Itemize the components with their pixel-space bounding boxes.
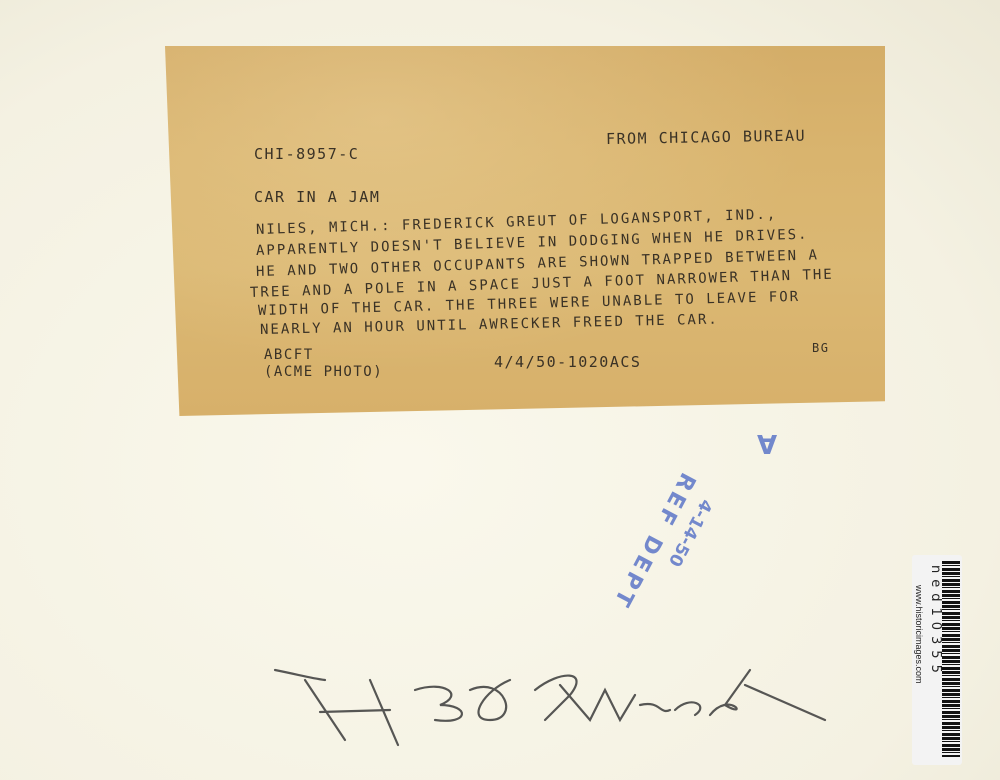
barcode-label: ned10355 www.historicimages.com [912, 555, 962, 765]
headline: CAR IN A JAM [254, 188, 380, 206]
photo-id: CHI-8957-C [254, 145, 359, 163]
initials: BG [812, 341, 829, 355]
handwritten-signature [270, 650, 830, 750]
bureau-line: FROM CHICAGO BUREAU [606, 127, 806, 148]
routing-code: ABCFT [264, 347, 314, 363]
agency-credit: (ACME PHOTO) [264, 364, 383, 380]
dateline: 4/4/50-1020ACS [494, 353, 641, 371]
barcode-url: www.historicimages.com [914, 585, 924, 684]
barcode-number: ned10355 [928, 565, 943, 679]
barcode-bars [942, 561, 960, 757]
stamp-letter: A [757, 428, 777, 458]
